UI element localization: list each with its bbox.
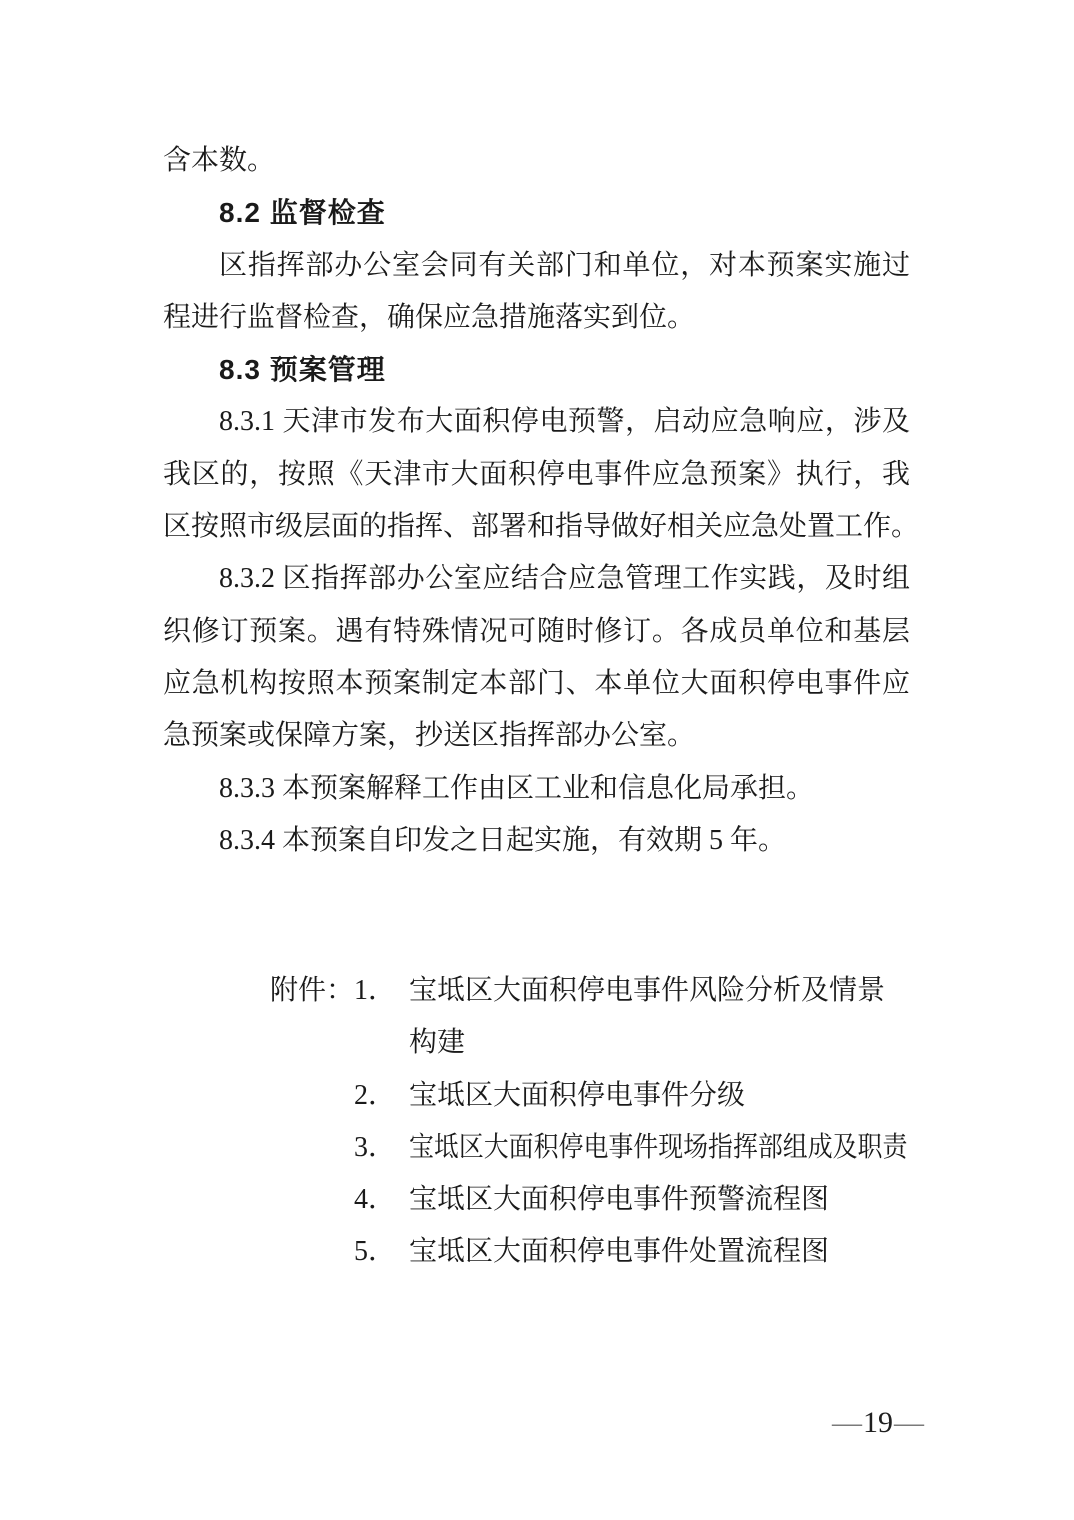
footer-page-number: 19 [862, 1403, 894, 1443]
attachments-label: 附件： [270, 965, 354, 1017]
attachment-item-3-text: 宝坻区大面积停电事件现场指挥部组成及职责 [409, 1122, 969, 1174]
attachment-item-5: 5． 宝坻区大面积停电事件处置流程图 [354, 1226, 969, 1278]
document-page: 含本数。 8.2 监督检查 区指挥部办公室会同有关部门和单位，对本预案实施过 程… [0, 0, 1074, 1520]
clause-8-3-1-line-3: 区按照市级层面的指挥、部署和指导做好相关应急处置工作。 [163, 501, 910, 553]
main-text-column: 含本数。 8.2 监督检查 区指挥部办公室会同有关部门和单位，对本预案实施过 程… [163, 135, 910, 867]
para-8-2-line-2: 程进行监督检查，确保应急措施落实到位。 [163, 292, 910, 344]
attachment-item-2: 2． 宝坻区大面积停电事件分级 [354, 1070, 969, 1122]
attachment-item-2-number: 2． [354, 1070, 409, 1122]
attachment-item-1: 1． 宝坻区大面积停电事件风险分析及情景 构建 [354, 965, 969, 1070]
clause-8-3-2-line-1: 8.3.2 区指挥部办公室应结合应急管理工作实践，及时组 [163, 553, 910, 605]
attachment-item-3-number: 3． [354, 1122, 409, 1174]
clause-8-3-2-line-4: 急预案或保障方案，抄送区指挥部办公室。 [163, 710, 910, 762]
section-heading-8-3: 8.3 预案管理 [163, 344, 910, 396]
attachment-item-4-number: 4． [354, 1174, 409, 1226]
attachment-item-3: 3． 宝坻区大面积停电事件现场指挥部组成及职责 [354, 1122, 969, 1174]
carryover-paragraph-line: 含本数。 [163, 135, 910, 187]
footer-right-dash: — [894, 1403, 924, 1443]
footer-left-dash: — [832, 1403, 862, 1443]
attachment-item-4: 4． 宝坻区大面积停电事件预警流程图 [354, 1174, 969, 1226]
attachment-item-5-number: 5． [354, 1226, 409, 1278]
clause-8-3-2-line-2: 织修订预案。遇有特殊情况可随时修订。各成员单位和基层 [163, 606, 910, 658]
clause-8-3-2-line-3: 应急机构按照本预案制定本部门、本单位大面积停电事件应 [163, 658, 910, 710]
attachment-item-3-line-1: 宝坻区大面积停电事件现场指挥部组成及职责 [409, 1122, 907, 1174]
attachment-item-1-line-1: 宝坻区大面积停电事件风险分析及情景 [409, 965, 885, 1017]
attachment-item-1-number: 1． [354, 965, 409, 1017]
clause-8-3-1-line-1: 8.3.1 天津市发布大面积停电预警，启动应急响应，涉及 [163, 396, 910, 448]
attachment-item-4-text: 宝坻区大面积停电事件预警流程图 [409, 1174, 829, 1226]
attachment-item-1-line-2: 构建 [409, 1017, 885, 1069]
para-8-2-line-1: 区指挥部办公室会同有关部门和单位，对本预案实施过 [163, 240, 910, 292]
attachment-item-5-line-1: 宝坻区大面积停电事件处置流程图 [409, 1226, 829, 1278]
attachments-list: 1． 宝坻区大面积停电事件风险分析及情景 构建 2． 宝坻区大面积停电事件分级 … [354, 965, 969, 1279]
attachment-item-5-text: 宝坻区大面积停电事件处置流程图 [409, 1226, 829, 1278]
attachment-item-4-line-1: 宝坻区大面积停电事件预警流程图 [409, 1174, 829, 1226]
attachment-item-2-line-1: 宝坻区大面积停电事件分级 [409, 1070, 745, 1122]
page-number-footer: — 19 — [832, 1403, 924, 1443]
clause-8-3-1-line-2: 我区的，按照《天津市大面积停电事件应急预案》执行，我 [163, 449, 910, 501]
clause-8-3-3-line: 8.3.3 本预案解释工作由区工业和信息化局承担。 [163, 763, 910, 815]
clause-8-3-4-line: 8.3.4 本预案自印发之日起实施，有效期 5 年。 [163, 815, 910, 867]
attachment-item-1-text: 宝坻区大面积停电事件风险分析及情景 构建 [409, 965, 885, 1070]
section-heading-8-2: 8.2 监督检查 [163, 187, 910, 239]
attachments-block: 附件： 1． 宝坻区大面积停电事件风险分析及情景 构建 2． 宝坻区大面积停电事… [270, 965, 969, 1279]
attachment-item-2-text: 宝坻区大面积停电事件分级 [409, 1070, 745, 1122]
